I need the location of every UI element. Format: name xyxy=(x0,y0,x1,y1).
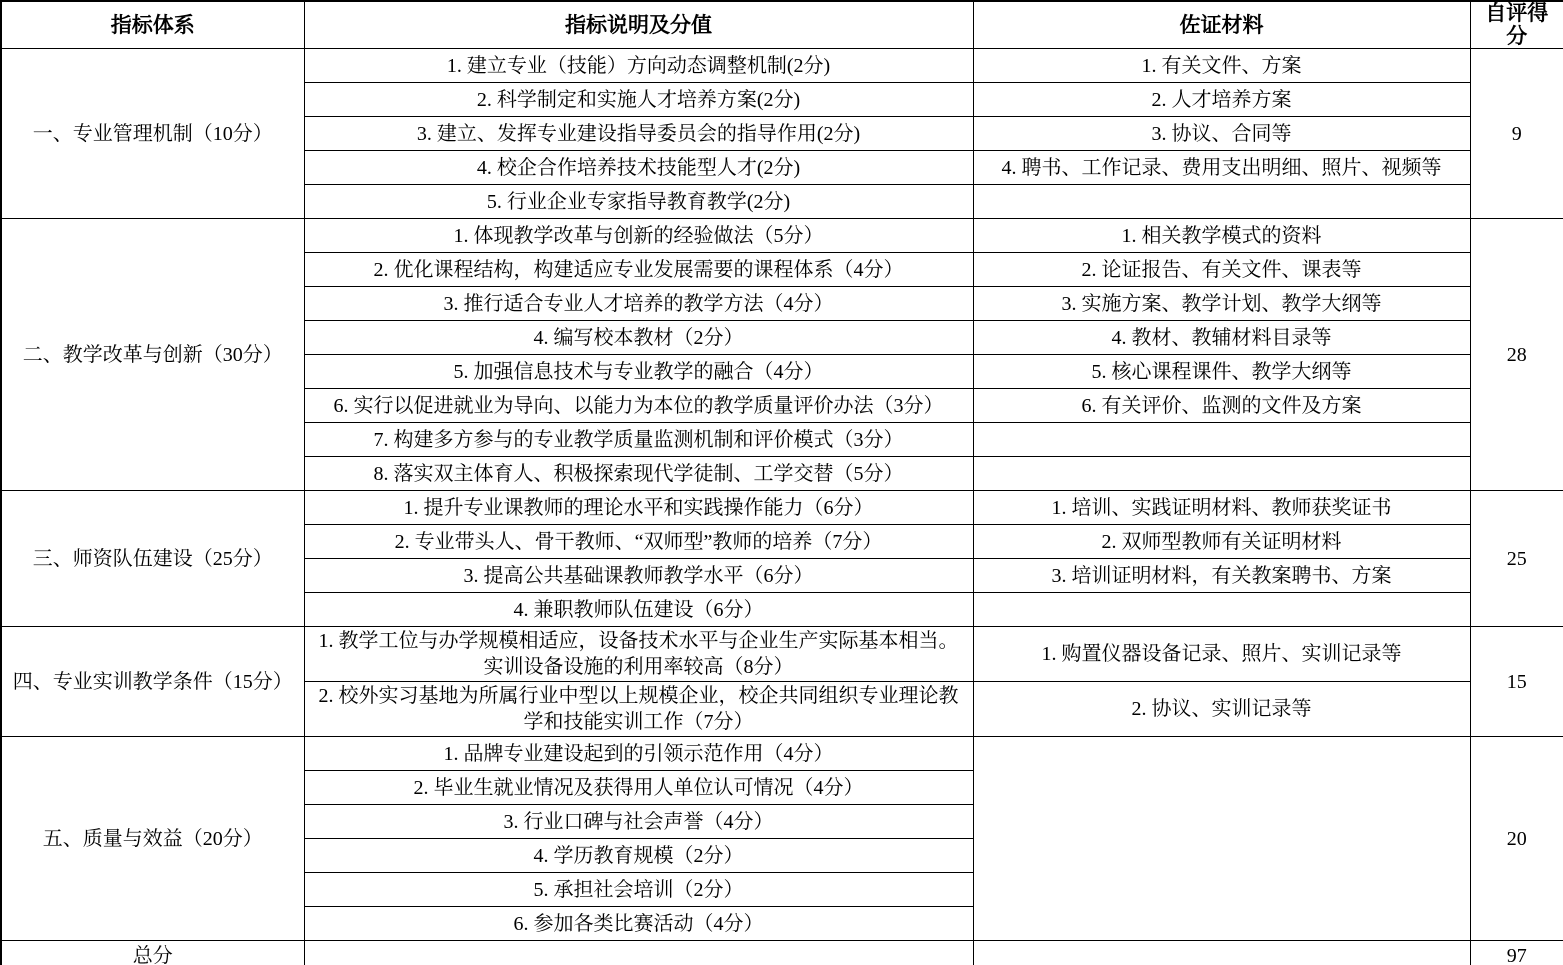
criterion-cell: 2. 科学制定和实施人才培养方案(2分) xyxy=(304,83,973,117)
evidence-cell-empty xyxy=(973,457,1470,491)
col-header-indicator-system: 指标体系 xyxy=(1,1,304,49)
section-score-cell: 20 xyxy=(1470,737,1563,941)
evidence-cell: 2. 人才培养方案 xyxy=(973,83,1470,117)
evidence-cell-merged-empty xyxy=(973,737,1470,941)
section-label-cell: 三、师资队伍建设（25分） xyxy=(1,491,304,627)
section-label-cell: 四、专业实训教学条件（15分） xyxy=(1,627,304,737)
criterion-cell: 2. 优化课程结构，构建适应专业发展需要的课程体系（4分） xyxy=(304,253,973,287)
criterion-cell: 2. 校外实习基地为所属行业中型以上规模企业，校企共同组织专业理论教学和技能实训… xyxy=(304,682,973,737)
table-row: 四、专业实训教学条件（15分） 1. 教学工位与办学规模相适应，设备技术水平与企… xyxy=(1,627,1563,682)
table-row: 二、教学改革与创新（30分） 1. 体现教学改革与创新的经验做法（5分） 1. … xyxy=(1,219,1563,253)
evidence-cell: 2. 论证报告、有关文件、课表等 xyxy=(973,253,1470,287)
criterion-cell: 6. 实行以促进就业为导向、以能力为本位的教学质量评价办法（3分） xyxy=(304,389,973,423)
criterion-cell: 6. 参加各类比赛活动（4分） xyxy=(304,907,973,941)
criterion-cell: 5. 承担社会培训（2分） xyxy=(304,873,973,907)
header-row: 指标体系 指标说明及分值 佐证材料 自评得分 xyxy=(1,1,1563,49)
criterion-cell: 1. 体现教学改革与创新的经验做法（5分） xyxy=(304,219,973,253)
criterion-cell: 4. 校企合作培养技术技能型人才(2分) xyxy=(304,151,973,185)
total-row: 总分 97 xyxy=(1,941,1563,965)
table-row: 三、师资队伍建设（25分） 1. 提升专业课教师的理论水平和实践操作能力（6分）… xyxy=(1,491,1563,525)
section-label-cell: 一、专业管理机制（10分） xyxy=(1,49,304,219)
total-criterion-empty xyxy=(304,941,973,965)
criterion-cell: 7. 构建多方参与的专业教学质量监测机制和评价模式（3分） xyxy=(304,423,973,457)
criterion-cell: 2. 专业带头人、骨干教师、“双师型”教师的培养（7分） xyxy=(304,525,973,559)
section-label-cell: 五、质量与效益（20分） xyxy=(1,737,304,941)
criterion-cell: 1. 教学工位与办学规模相适应，设备技术水平与企业生产实际基本相当。实训设备设施… xyxy=(304,627,973,682)
evidence-cell: 1. 有关文件、方案 xyxy=(973,49,1470,83)
total-label-cell: 总分 xyxy=(1,941,304,965)
table-row: 一、专业管理机制（10分） 1. 建立专业（技能）方向动态调整机制(2分) 1.… xyxy=(1,49,1563,83)
evidence-cell: 2. 双师型教师有关证明材料 xyxy=(973,525,1470,559)
criterion-cell: 1. 提升专业课教师的理论水平和实践操作能力（6分） xyxy=(304,491,973,525)
table-row: 五、质量与效益（20分） 1. 品牌专业建设起到的引领示范作用（4分） 20 xyxy=(1,737,1563,771)
evidence-cell: 3. 实施方案、教学计划、教学大纲等 xyxy=(973,287,1470,321)
criterion-cell: 1. 建立专业（技能）方向动态调整机制(2分) xyxy=(304,49,973,83)
criterion-cell: 4. 兼职教师队伍建设（6分） xyxy=(304,593,973,627)
total-evidence-empty xyxy=(973,941,1470,965)
criterion-cell: 3. 建立、发挥专业建设指导委员会的指导作用(2分) xyxy=(304,117,973,151)
section-score-cell: 9 xyxy=(1470,49,1563,219)
evidence-cell: 3. 培训证明材料，有关教案聘书、方案 xyxy=(973,559,1470,593)
evaluation-sheet: 指标体系 指标说明及分值 佐证材料 自评得分 一、专业管理机制（10分） 1. … xyxy=(0,0,1563,965)
evidence-cell-empty xyxy=(973,423,1470,457)
criterion-cell: 4. 编写校本教材（2分） xyxy=(304,321,973,355)
criterion-cell: 5. 行业企业专家指导教育教学(2分) xyxy=(304,185,973,219)
section-label-cell: 二、教学改革与创新（30分） xyxy=(1,219,304,491)
section-score-cell: 25 xyxy=(1470,491,1563,627)
evidence-cell: 5. 核心课程课件、教学大纲等 xyxy=(973,355,1470,389)
evidence-cell: 1. 培训、实践证明材料、教师获奖证书 xyxy=(973,491,1470,525)
col-header-supporting-materials: 佐证材料 xyxy=(973,1,1470,49)
evidence-cell: 3. 协议、合同等 xyxy=(973,117,1470,151)
evidence-cell: 1. 购置仪器设备记录、照片、实训记录等 xyxy=(973,627,1470,682)
criterion-cell: 5. 加强信息技术与专业教学的融合（4分） xyxy=(304,355,973,389)
criterion-cell: 1. 品牌专业建设起到的引领示范作用（4分） xyxy=(304,737,973,771)
evaluation-table: 指标体系 指标说明及分值 佐证材料 自评得分 一、专业管理机制（10分） 1. … xyxy=(0,0,1563,965)
criterion-cell: 3. 行业口碑与社会声誉（4分） xyxy=(304,805,973,839)
criterion-cell: 2. 毕业生就业情况及获得用人单位认可情况（4分） xyxy=(304,771,973,805)
evidence-cell: 6. 有关评价、监测的文件及方案 xyxy=(973,389,1470,423)
evidence-cell: 4. 聘书、工作记录、费用支出明细、照片、视频等 xyxy=(973,151,1470,185)
total-score-cell: 97 xyxy=(1470,941,1563,965)
evidence-cell-empty xyxy=(973,185,1470,219)
criterion-cell: 3. 推行适合专业人才培养的教学方法（4分） xyxy=(304,287,973,321)
criterion-cell: 4. 学历教育规模（2分） xyxy=(304,839,973,873)
evidence-cell-empty xyxy=(973,593,1470,627)
col-header-self-score: 自评得分 xyxy=(1470,1,1563,49)
evidence-cell: 2. 协议、实训记录等 xyxy=(973,682,1470,737)
section-score-cell: 15 xyxy=(1470,627,1563,737)
criterion-cell: 8. 落实双主体育人、积极探索现代学徒制、工学交替（5分） xyxy=(304,457,973,491)
evidence-cell: 1. 相关教学模式的资料 xyxy=(973,219,1470,253)
criterion-cell: 3. 提高公共基础课教师教学水平（6分） xyxy=(304,559,973,593)
col-header-indicator-description: 指标说明及分值 xyxy=(304,1,973,49)
section-score-cell: 28 xyxy=(1470,219,1563,491)
evidence-cell: 4. 教材、教辅材料目录等 xyxy=(973,321,1470,355)
